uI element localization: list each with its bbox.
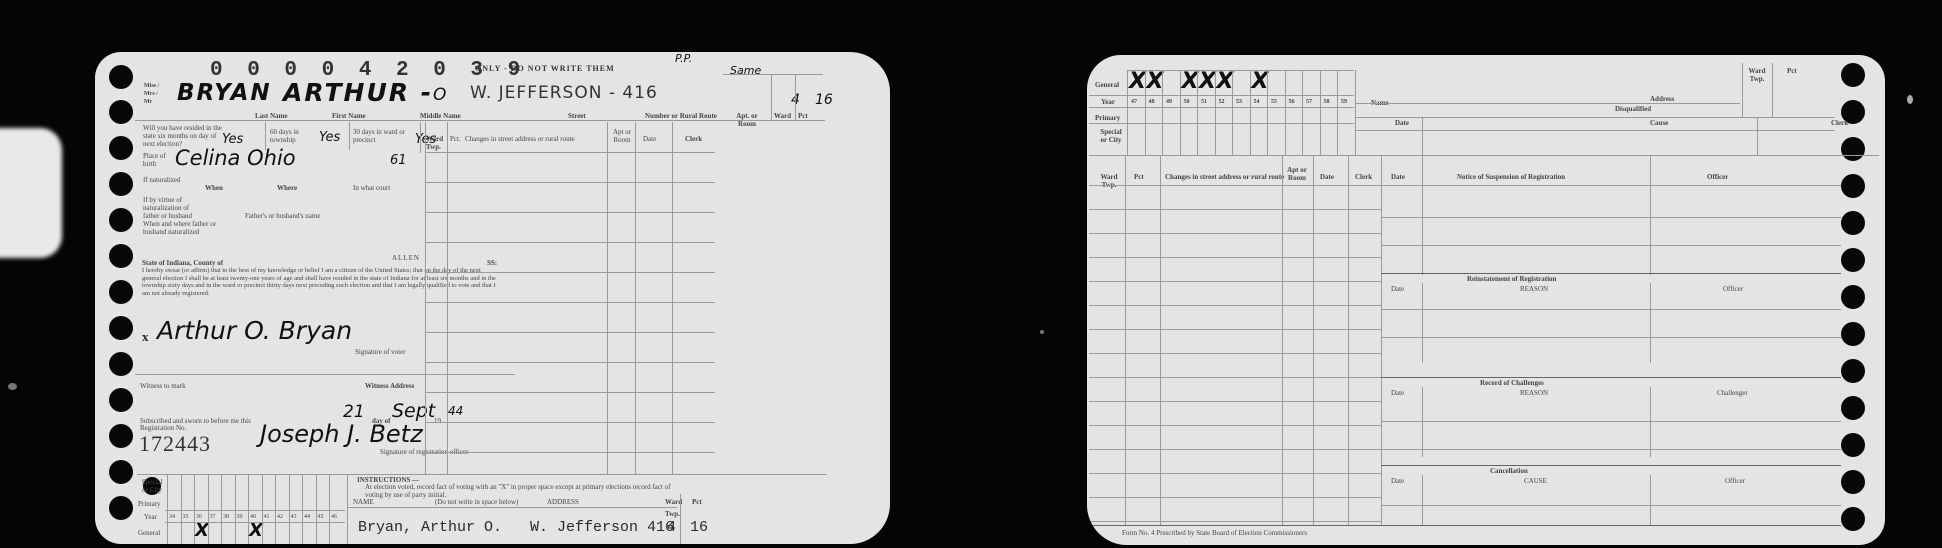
label-township: 60 days in township xyxy=(270,128,320,144)
voter-signature: Arthur O. Bryan xyxy=(157,316,352,345)
chal-col-challenger: Challenger xyxy=(1717,389,1748,397)
disq-cause-label: Cause xyxy=(1650,119,1668,127)
punch-hole xyxy=(1841,322,1865,346)
back-general-vote-mark: X xyxy=(1199,69,1216,94)
punch-hole xyxy=(1841,63,1865,87)
chg-col-pct: Pct xyxy=(1134,173,1144,181)
canc-col-officer: Officer xyxy=(1725,477,1745,485)
scan-speck xyxy=(1040,330,1044,334)
back-general-vote-mark: X xyxy=(1147,69,1164,94)
label-street: Street xyxy=(568,112,586,120)
form-note: Form No. 4 Prescribed by State Board of … xyxy=(1122,529,1307,537)
back-year-cell: 59 xyxy=(1341,98,1347,106)
col-pct: Pct. xyxy=(450,135,461,143)
label-pct: Pct xyxy=(798,112,808,120)
label-first-name: First Name xyxy=(332,112,366,120)
front-year-cell: 35 xyxy=(183,513,189,521)
footer-address-label: ADDRESS xyxy=(547,498,579,506)
punch-hole xyxy=(1841,137,1865,161)
back-year-cell: 49 xyxy=(1166,98,1172,106)
col-clerk: Clerk xyxy=(685,135,702,143)
chal-col-date: Date xyxy=(1391,389,1404,397)
row-label-general: General xyxy=(138,529,160,537)
back-general-vote-mark: X xyxy=(1182,69,1199,94)
front-year-cell: 46 xyxy=(331,513,337,521)
chg-col-ward-twp: Ward Twp. xyxy=(1097,173,1121,189)
front-year-cell: 43 xyxy=(291,513,297,521)
pct-header-value: 16 xyxy=(815,92,833,108)
disq-address-label: Address xyxy=(1650,95,1674,103)
back-row-label-year: Year xyxy=(1101,98,1115,106)
front-year-cell: 34 xyxy=(169,513,175,521)
typed-ward: 4 xyxy=(667,519,676,536)
front-year-cell: 37 xyxy=(210,513,216,521)
header-pct: Pct xyxy=(1787,67,1797,75)
oath-ss: SS: xyxy=(487,259,497,267)
salutation-labels: Miss / Mrs / Mr xyxy=(144,82,166,106)
cancellation-title: Cancellation xyxy=(1490,467,1528,475)
front-year-cell: 39 xyxy=(237,513,243,521)
label-ward-precinct: 30 days in ward or precinct xyxy=(353,128,413,144)
punch-hole xyxy=(1841,211,1865,235)
label-number: Number or Rural Route xyxy=(645,112,717,120)
punch-hole xyxy=(109,280,133,304)
back-year-cell: 57 xyxy=(1306,98,1312,106)
back-year-cell: 51 xyxy=(1201,98,1207,106)
label-naturalized: If naturalized xyxy=(143,176,181,184)
back-year-cell: 52 xyxy=(1219,98,1225,106)
canc-col-date: Date xyxy=(1391,477,1404,485)
back-general-vote-mark: X xyxy=(1129,69,1146,94)
punch-hole xyxy=(109,496,133,520)
punch-hole xyxy=(109,316,133,340)
label-ward: Ward xyxy=(774,112,791,120)
label-fathers-name: Father's or husband's name xyxy=(245,212,320,220)
label-virtue-of: If by virtue of naturalization of father… xyxy=(143,196,205,220)
punch-hole xyxy=(1841,174,1865,198)
col-apt: Apt or Room xyxy=(609,128,635,144)
punch-hole xyxy=(109,352,133,376)
label-witness-to-mark: Witness to mark xyxy=(140,382,186,390)
sworn-month: Sept xyxy=(392,400,435,422)
back-general-vote-mark: X xyxy=(1252,69,1269,94)
col-changes: Changes in street address or rural route xyxy=(465,135,575,143)
back-row-label-general: General xyxy=(1095,81,1119,89)
row-label-primary: Primary xyxy=(138,500,161,508)
label-resided-state: Will you have resided in the state six m… xyxy=(143,124,223,148)
scan-speck xyxy=(1907,95,1913,104)
instructions-text: At election voted, record fact of voting… xyxy=(365,483,685,499)
punch-hole xyxy=(109,136,133,160)
back-general-vote-mark: X xyxy=(1217,69,1234,94)
disq-title: Disqualified xyxy=(1615,105,1651,113)
label-signature-of-voter: Signature of voter xyxy=(355,348,406,356)
footer-name-label: NAME xyxy=(353,498,374,506)
label-when: When xyxy=(205,184,223,192)
label-in-what-court: In what court xyxy=(353,184,390,192)
row-label-year: Year xyxy=(144,513,157,521)
sworn-year: 44 xyxy=(448,404,463,418)
top-annotation-pp: P.P. xyxy=(675,52,692,65)
punch-hole xyxy=(1841,507,1865,531)
township-answer: Yes xyxy=(319,130,340,145)
chg-col-clerk: Clerk xyxy=(1355,173,1372,181)
scan-speck xyxy=(8,383,17,390)
typed-name: Bryan, Arthur O. xyxy=(358,519,502,536)
label-witness-address: Witness Address xyxy=(365,382,414,390)
punch-hole xyxy=(109,65,133,89)
punch-hole xyxy=(109,208,133,232)
label-place-of-birth: Place of birth xyxy=(143,152,169,168)
registration-number: 172443 xyxy=(139,431,211,457)
punch-hole xyxy=(109,424,133,448)
sworn-day: 21 xyxy=(343,402,365,422)
signature-mark: x xyxy=(142,329,149,345)
punch-hole xyxy=(109,100,133,124)
chg-col-date: Date xyxy=(1320,173,1334,181)
label-when-where-father: When and where father or husband natural… xyxy=(143,220,238,236)
punch-hole xyxy=(1841,396,1865,420)
chg-col-changes: Changes in street address or rural route xyxy=(1165,173,1284,181)
front-year-cell: 44 xyxy=(304,513,310,521)
challenges-title: Record of Challenges xyxy=(1480,379,1544,387)
canc-col-cause: CAUSE xyxy=(1524,477,1547,485)
middle-name-value: O xyxy=(433,85,446,105)
disq-clerk-label: Clerk xyxy=(1831,119,1848,127)
reinst-col-reason: REASON xyxy=(1520,285,1548,293)
punch-hole xyxy=(109,172,133,196)
registration-card-front: 0 0 0 0 4 2 0 3 9 ONLY - DO NOT WRITE TH… xyxy=(95,52,890,544)
front-year-cell: 45 xyxy=(318,513,324,521)
punch-hole xyxy=(109,388,133,412)
footer-twp-label: Twp. xyxy=(665,510,680,518)
oath-heading: State of Indiana, County of xyxy=(142,259,223,267)
front-year-cell: 38 xyxy=(223,513,229,521)
back-year-cell: 56 xyxy=(1289,98,1295,106)
registration-card-back: General Year Primary Special or City 47X… xyxy=(1087,55,1885,545)
footer-pct-label: Pct xyxy=(692,498,702,506)
punch-hole xyxy=(1841,433,1865,457)
reinst-col-date: Date xyxy=(1391,285,1404,293)
back-year-cell: 55 xyxy=(1271,98,1277,106)
disq-date-label: Date xyxy=(1395,119,1409,127)
chg-col-apt: Apt or Room xyxy=(1284,166,1310,182)
punch-hole xyxy=(109,244,133,268)
back-year-cell: 53 xyxy=(1236,98,1242,106)
punch-hole xyxy=(109,460,133,484)
footer-note: (Do not write in space below) xyxy=(435,498,518,506)
back-row-label-primary: Primary xyxy=(1095,114,1120,122)
header-notice: ONLY - DO NOT WRITE THEM xyxy=(475,64,615,73)
top-annotation-same: Same xyxy=(730,64,761,77)
label-middle-name: Middle Name xyxy=(420,112,461,120)
last-name-value: BRYAN xyxy=(177,80,272,106)
back-row-label-special: Special or City xyxy=(1097,128,1125,144)
street-value: W. JEFFERSON - 416 xyxy=(470,83,658,103)
front-year-cell: 42 xyxy=(277,513,283,521)
back-year-cell: 50 xyxy=(1184,98,1190,106)
place-of-birth-answer: Celina Ohio xyxy=(175,146,296,170)
label-where: Where xyxy=(277,184,297,192)
back-year-cell: 54 xyxy=(1254,98,1260,106)
col-date: Date xyxy=(643,135,656,143)
punch-hole xyxy=(1841,285,1865,309)
label-last-name: Last Name xyxy=(255,112,287,120)
typed-address: W. Jefferson 416 xyxy=(530,519,674,536)
label-year-prefix: 19 xyxy=(434,417,441,425)
reinst-col-officer: Officer xyxy=(1723,285,1743,293)
susp-col-notice: Notice of Suspension of Registration xyxy=(1457,173,1565,181)
col-ward-twp: Ward Twp. xyxy=(426,135,448,151)
back-year-cell: 58 xyxy=(1324,98,1330,106)
header-ward-twp: Ward Twp. xyxy=(1745,67,1769,83)
officer-signature: Joseph J. Betz xyxy=(260,420,423,448)
scan-glare xyxy=(0,128,62,258)
age-answer: 61 xyxy=(390,153,407,168)
susp-col-date: Date xyxy=(1391,173,1405,181)
oath-county: ALLEN xyxy=(392,254,420,262)
punch-hole xyxy=(1841,359,1865,383)
front-year-cell: 41 xyxy=(264,513,270,521)
back-year-cell: 47 xyxy=(1131,98,1137,106)
punch-hole xyxy=(1841,470,1865,494)
resided-state-answer: Yes xyxy=(222,132,243,147)
punch-hole xyxy=(1841,248,1865,272)
susp-col-officer: Officer xyxy=(1707,173,1728,181)
first-name-value: ARTHUR - xyxy=(283,78,433,107)
reinstatement-title: Reinstatement of Registration xyxy=(1467,275,1556,283)
row-label-special: Special or City xyxy=(138,478,166,494)
typed-pct: 16 xyxy=(690,519,708,536)
chal-col-reason: REASON xyxy=(1520,389,1548,397)
back-year-cell: 48 xyxy=(1149,98,1155,106)
